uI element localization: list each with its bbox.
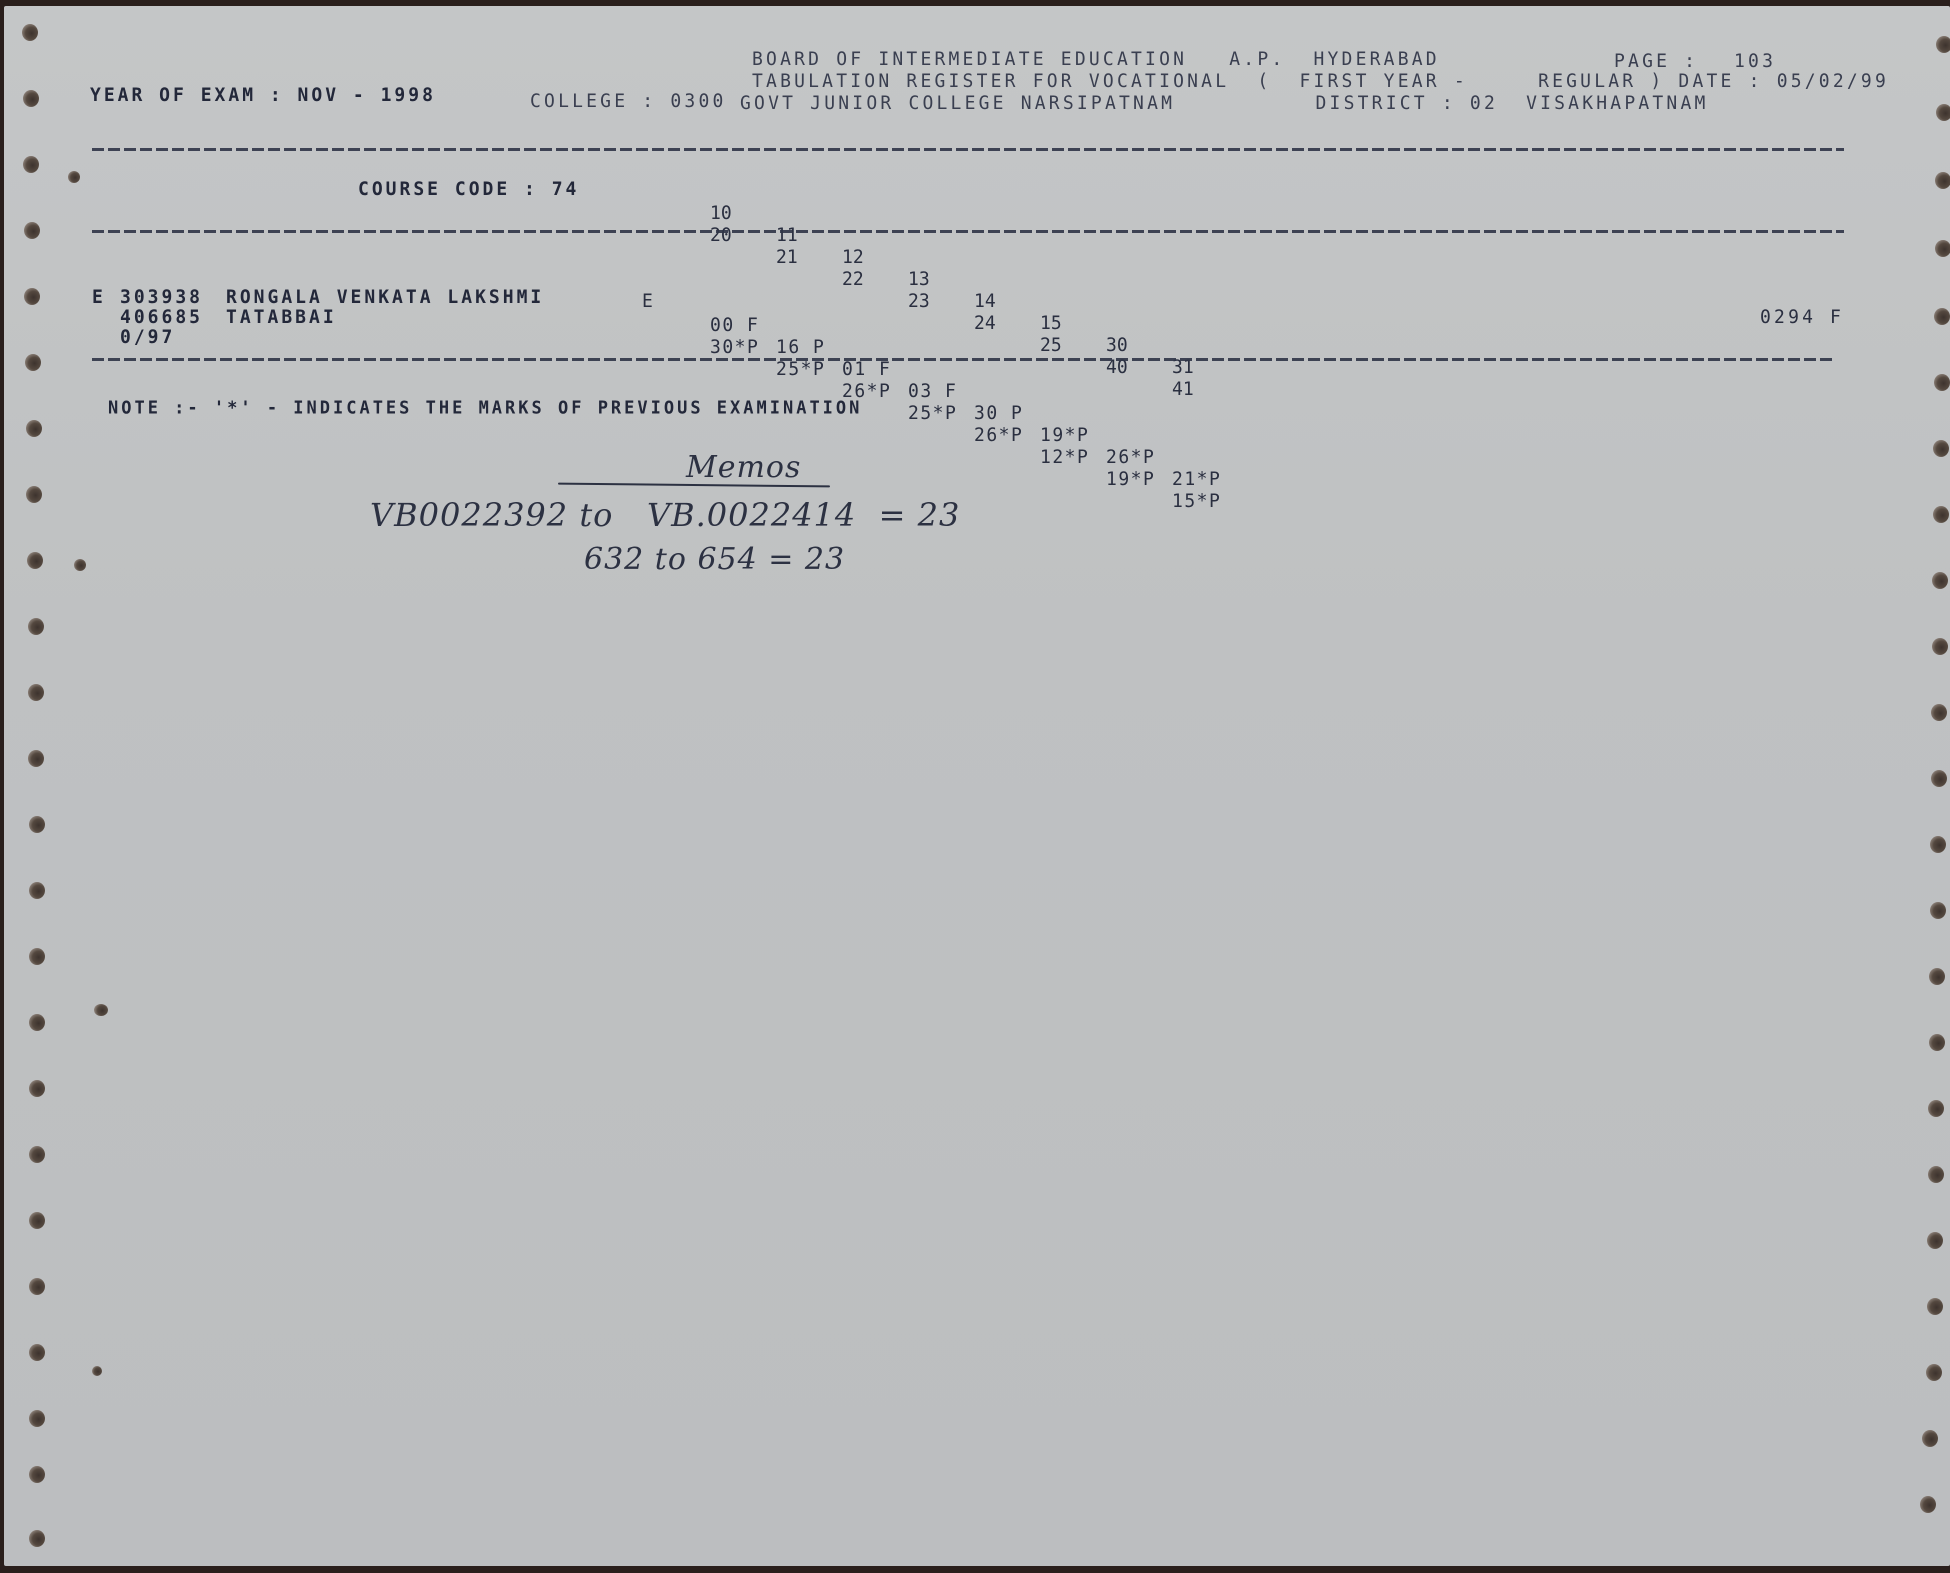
punch-hole-icon	[1930, 902, 1946, 919]
punch-hole-icon	[24, 222, 40, 239]
college-code: COLLEGE : 0300	[530, 90, 727, 112]
punch-hole-icon	[1933, 506, 1949, 523]
total-marks: 0294	[1760, 306, 1816, 328]
result-status: F	[1830, 306, 1844, 328]
punch-hole-icon	[25, 354, 41, 371]
handwritten-line-1: VB0022392 to VB.0022414 = 23	[370, 496, 960, 534]
punch-hole-icon	[26, 420, 42, 437]
punch-hole-icon	[1929, 968, 1945, 985]
punch-hole-icon	[29, 1530, 45, 1547]
handwritten-line-2: 632 to 654 = 23	[584, 542, 845, 577]
punch-hole-icon	[28, 684, 44, 701]
board-title: BOARD OF INTERMEDIATE EDUCATION A.P. HYD…	[752, 48, 1440, 70]
separator-line	[92, 230, 1844, 233]
student-name-line-1: RONGALA VENKATA LAKSHMI	[226, 286, 544, 308]
subject-code: 25	[1040, 334, 1062, 356]
page-label: PAGE :	[1614, 50, 1698, 72]
punch-hole-icon	[1936, 104, 1950, 121]
punch-hole-icon	[94, 1004, 108, 1016]
punch-hole-icon	[1927, 1232, 1943, 1249]
punch-hole-icon	[1935, 172, 1950, 189]
punch-hole-icon	[1922, 1430, 1938, 1447]
punch-hole-icon	[1926, 1364, 1942, 1381]
subject-code: 30	[1106, 334, 1128, 356]
handwritten-title: Memos	[686, 450, 801, 485]
punch-hole-icon	[23, 90, 39, 107]
punch-hole-icon	[1934, 374, 1950, 391]
punch-hole-icon	[1930, 836, 1946, 853]
mark-cell: 26*P	[974, 424, 1023, 446]
punch-hole-icon	[1928, 1100, 1944, 1117]
mark-cell: 21*P	[1172, 468, 1221, 490]
punch-hole-icon	[74, 559, 86, 571]
subject-code: 14	[974, 290, 996, 312]
subject-code: 12	[842, 246, 864, 268]
mark-cell: 03 F	[908, 380, 957, 402]
punch-hole-icon	[23, 156, 39, 173]
punch-hole-icon	[29, 1466, 45, 1483]
punch-hole-icon	[28, 618, 44, 635]
subject-code: 15	[1040, 312, 1062, 334]
subject-code: 21	[776, 246, 798, 268]
punch-hole-icon	[1931, 704, 1947, 721]
subject-code: 13	[908, 268, 930, 290]
punch-hole-icon	[28, 750, 44, 767]
footnote: NOTE :- '*' - INDICATES THE MARKS OF PRE…	[108, 398, 862, 419]
punch-hole-icon	[22, 24, 38, 41]
student-code: 0/97	[120, 326, 175, 348]
punch-hole-icon	[29, 816, 45, 833]
punch-hole-icon	[29, 1014, 45, 1031]
subject-code: 11	[776, 224, 798, 246]
mark-cell: 30*P	[710, 336, 759, 358]
punch-hole-icon	[29, 948, 45, 965]
punch-hole-icon	[1936, 36, 1950, 53]
mark-cell: 26*P	[1106, 446, 1155, 468]
punch-hole-icon	[1935, 240, 1950, 257]
mark-cell: 15*P	[1172, 490, 1221, 512]
punch-hole-icon	[1927, 1298, 1943, 1315]
mark-cell: 19*P	[1040, 424, 1089, 446]
punch-hole-icon	[1932, 572, 1948, 589]
punch-hole-icon	[26, 486, 42, 503]
punch-hole-icon	[1931, 770, 1947, 787]
punch-hole-icon	[27, 552, 43, 569]
punch-hole-icon	[68, 171, 80, 183]
punch-hole-icon	[29, 1410, 45, 1427]
mark-cell: 12*P	[1040, 446, 1089, 468]
tabulation-register-page: BOARD OF INTERMEDIATE EDUCATION A.P. HYD…	[4, 6, 1950, 1566]
student-name-line-2: TATABBAI	[226, 306, 337, 328]
year-of-exam: YEAR OF EXAM : NOV - 1998	[90, 84, 436, 106]
subject-code: 20	[710, 224, 732, 246]
punch-hole-icon	[1920, 1496, 1936, 1513]
record-prefix: E	[92, 286, 106, 308]
punch-hole-icon	[92, 1366, 102, 1376]
hall-ticket-number: 303938	[120, 286, 203, 308]
college-name-district: GOVT JUNIOR COLLEGE NARSIPATNAM DISTRICT…	[740, 92, 1709, 114]
punch-hole-icon	[1929, 1034, 1945, 1051]
student-id: 406685	[120, 306, 203, 328]
medium: E	[642, 290, 656, 312]
punch-hole-icon	[1933, 440, 1949, 457]
register-title: TABULATION REGISTER FOR VOCATIONAL ( FIR…	[752, 70, 1889, 92]
punch-hole-icon	[1928, 1166, 1944, 1183]
course-code: COURSE CODE : 74	[358, 178, 579, 200]
mark-cell: 19*P	[1106, 468, 1155, 490]
subject-code: 24	[974, 312, 996, 334]
subject-code: 23	[908, 290, 930, 312]
subject-code: 41	[1172, 378, 1194, 400]
punch-hole-icon	[1934, 308, 1950, 325]
separator-line	[92, 358, 1836, 361]
mark-cell: 30 P	[974, 402, 1023, 424]
subject-code: 22	[842, 268, 864, 290]
punch-hole-icon	[24, 288, 40, 305]
page-number: 103	[1734, 50, 1776, 72]
punch-hole-icon	[29, 1080, 45, 1097]
mark-cell: 01 F	[842, 358, 891, 380]
punch-hole-icon	[29, 1344, 45, 1361]
separator-line	[92, 148, 1844, 151]
mark-cell: 25*P	[908, 402, 957, 424]
punch-hole-icon	[1932, 638, 1948, 655]
punch-hole-icon	[29, 882, 45, 899]
punch-hole-icon	[29, 1278, 45, 1295]
punch-hole-icon	[29, 1212, 45, 1229]
mark-cell: 25*P	[776, 358, 825, 380]
punch-hole-icon	[29, 1146, 45, 1163]
